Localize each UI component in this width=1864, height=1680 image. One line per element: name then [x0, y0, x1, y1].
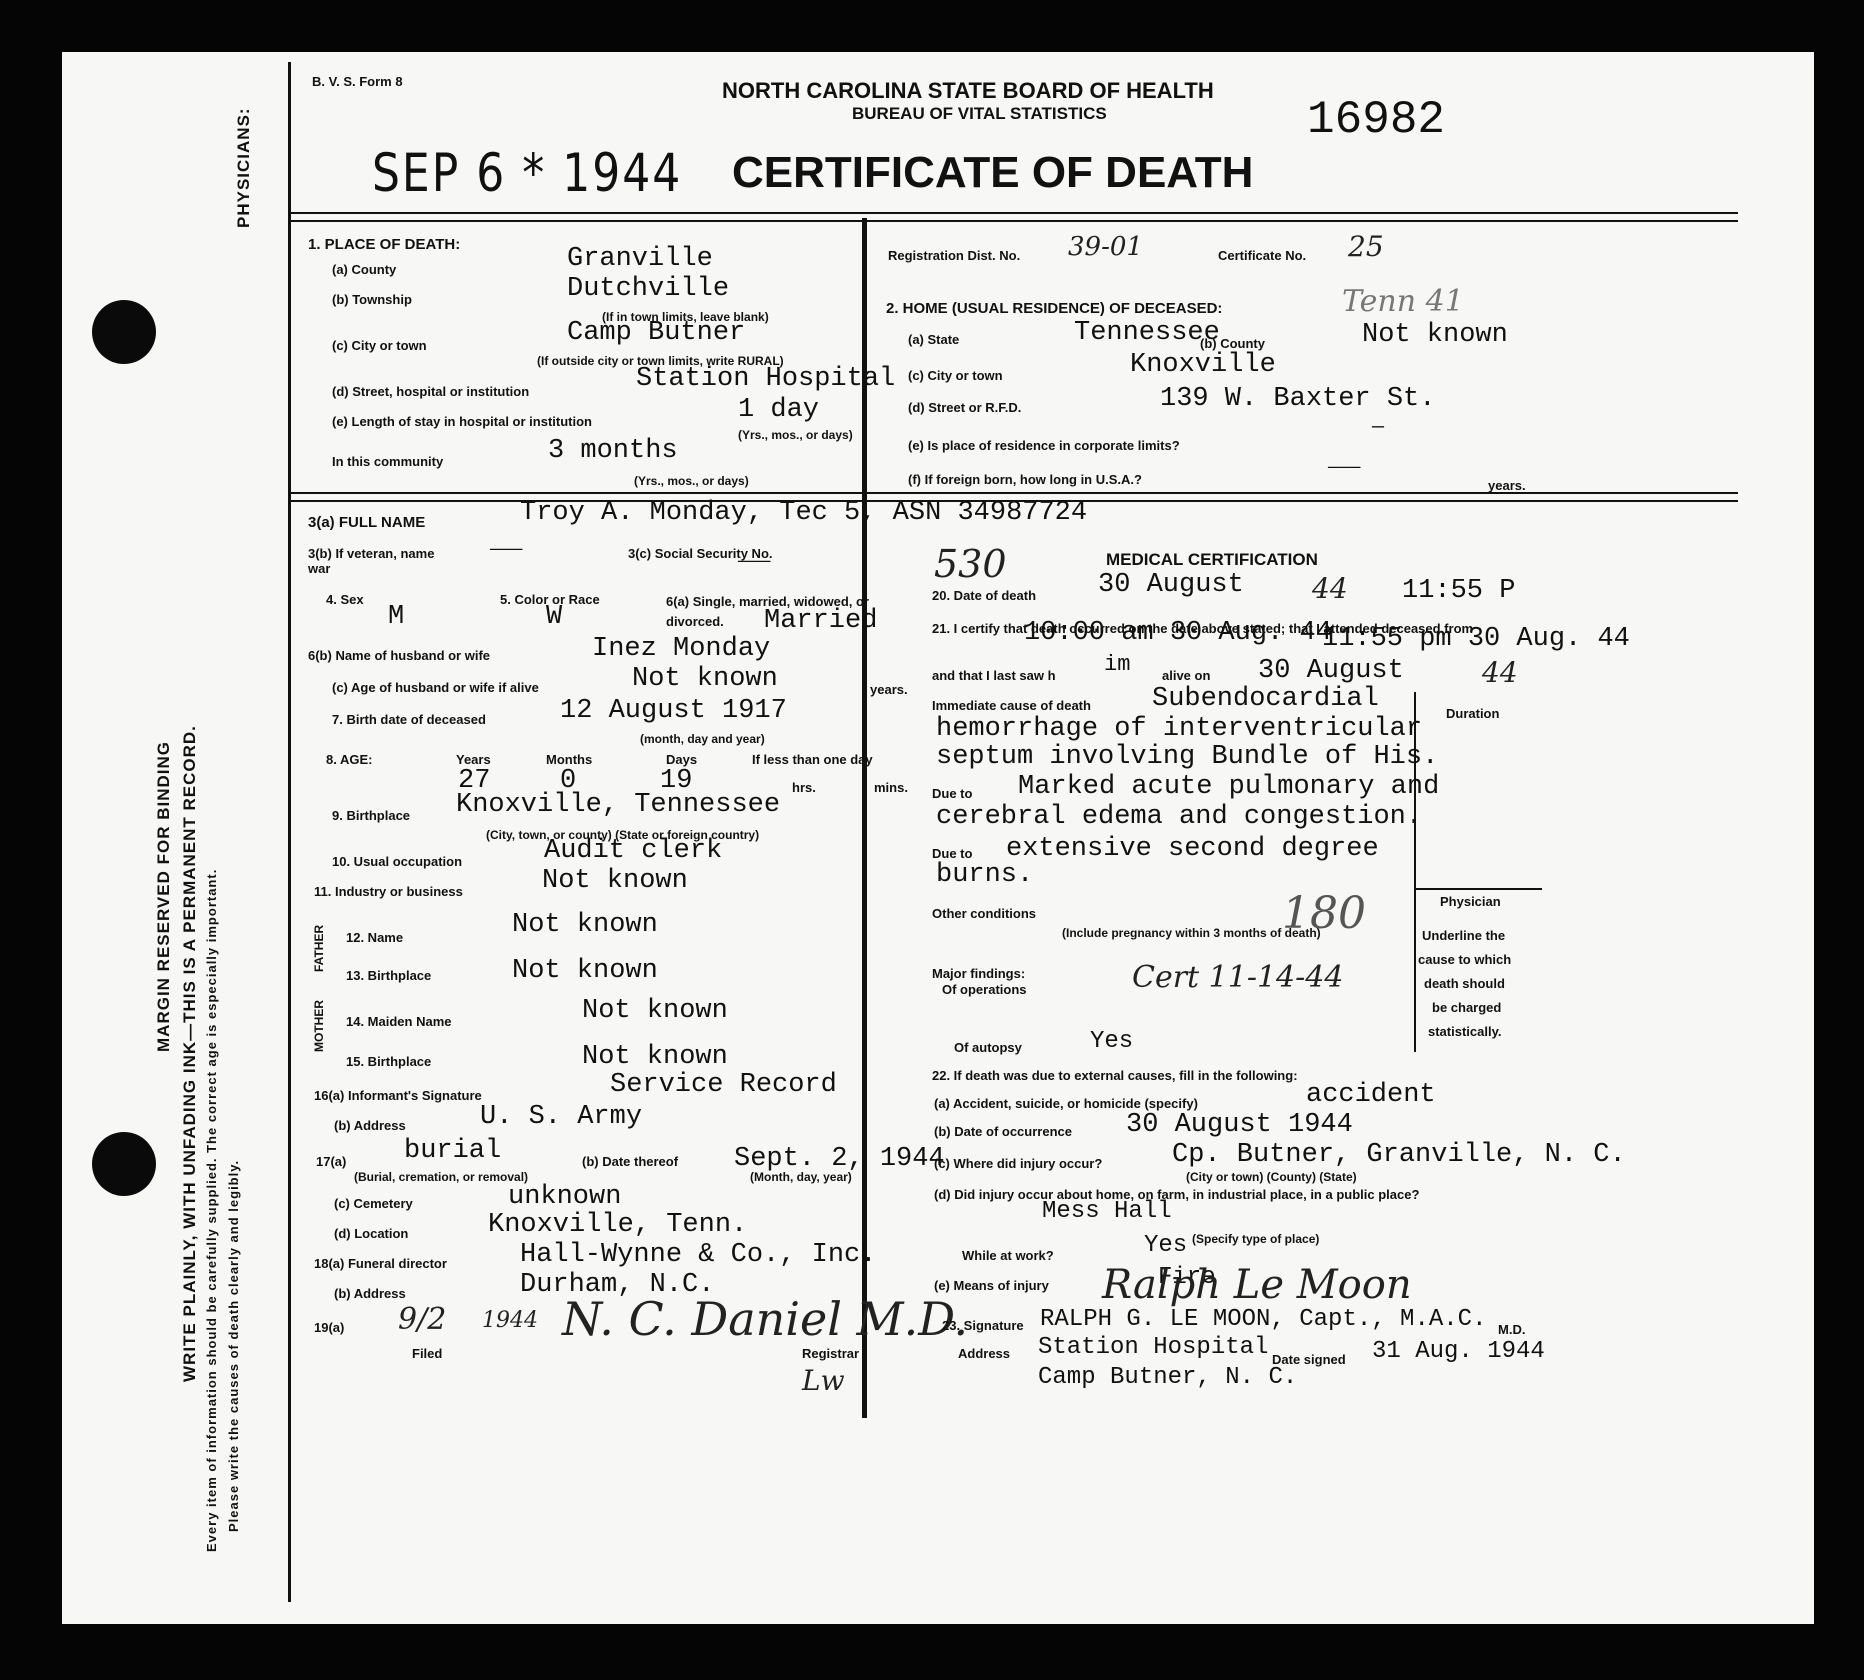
home-heading: 2. HOME (USUAL RESIDENCE) OF DECEASED: — [886, 300, 1222, 317]
where-note: (City or town) (County) (State) — [1186, 1170, 1357, 1184]
home-corp-label: (e) Is place of residence in corporate l… — [908, 438, 1180, 453]
county-label: (a) County — [332, 262, 396, 277]
disposal-label: 17(a) — [316, 1154, 346, 1169]
home-city-value: Knoxville — [1130, 350, 1276, 380]
industry-value: Not known — [542, 866, 688, 896]
immediate-cause-label: Immediate cause of death — [932, 698, 1091, 713]
board-name: NORTH CAROLINA STATE BOARD OF HEALTH — [722, 78, 1214, 104]
stay-note: (Yrs., mos., or days) — [738, 428, 853, 442]
full-name-value: Troy A. Monday, Tec 5, ASN 34987724 — [520, 498, 1087, 528]
father-tag: FATHER — [312, 925, 326, 972]
city-value: Camp Butner — [567, 318, 745, 348]
physician-box-line-4: be charged — [1432, 1000, 1501, 1015]
physician-box-line-5: statistically. — [1428, 1024, 1501, 1039]
home-street-value: 139 W. Baxter St. — [1160, 384, 1435, 414]
home-corp-value: — — [1372, 416, 1384, 439]
spouse-label: 6(b) Name of husband or wife — [308, 648, 490, 663]
dod-year: 44 — [1312, 572, 1348, 605]
street-label: (d) Street, hospital or institution — [332, 384, 529, 399]
home-county-label: (b) County — [1200, 336, 1265, 351]
autopsy-label: Of autopsy — [954, 1040, 1022, 1055]
place-value: Mess Hall — [1042, 1198, 1172, 1225]
spouse-age-value: Not known — [632, 664, 778, 694]
date-signed-value: 31 Aug. 1944 — [1372, 1338, 1545, 1365]
occurrence-value: 30 August 1944 — [1126, 1110, 1353, 1140]
age-months-label: Months — [546, 752, 592, 767]
disposal-date-note: (Month, day, year) — [750, 1170, 852, 1184]
physician-box-line-2: cause to which — [1418, 952, 1511, 967]
race-value: W — [546, 602, 562, 632]
binding-hole-top — [92, 300, 156, 364]
social-security-label: 3(c) Social Security No. — [628, 546, 808, 561]
margin-physicians: PHYSICIANS: — [234, 107, 254, 228]
marital-value: Married — [764, 606, 877, 636]
registrar-label: Registrar — [802, 1346, 859, 1361]
location-label: (d) Location — [334, 1226, 408, 1241]
due-to-1-label: Due to — [932, 786, 972, 801]
father-birth-value: Not known — [512, 956, 658, 986]
home-city-label: (c) City or town — [908, 368, 1003, 383]
birthplace-value: Knoxville, Tennessee — [456, 790, 780, 820]
age-days-label: Days — [666, 752, 697, 767]
stay-value: 1 day — [738, 395, 819, 425]
community-label: In this community — [332, 454, 443, 469]
informant-label: 16(a) Informant's Signature — [314, 1088, 482, 1103]
mother-name-label: 14. Maiden Name — [346, 1014, 452, 1029]
age-label: 8. AGE: — [326, 752, 372, 767]
birth-note: (month, day and year) — [640, 732, 765, 746]
social-security-value: ——— — [738, 552, 770, 572]
stay-label: (e) Length of stay in hospital or instit… — [332, 414, 592, 429]
margin-instruction-1: WRITE PLAINLY, WITH UNFADING INK—THIS IS… — [180, 725, 200, 1382]
due-to-2-label: Due to — [932, 846, 972, 861]
handwritten-state-code: Tenn 41 — [1342, 284, 1464, 319]
handwritten-code-180: 180 — [1282, 888, 1366, 939]
sex-label: 4. Sex — [326, 592, 364, 607]
duration-label: Duration — [1446, 706, 1499, 721]
spouse-age-unit: years. — [870, 682, 908, 697]
accident-value: accident — [1306, 1080, 1436, 1110]
home-years-label: years. — [1488, 478, 1526, 493]
home-farm-label: (d) Did injury occur about home, on farm… — [934, 1184, 1534, 1206]
signature-label: 23. Signature — [942, 1318, 1024, 1333]
home-state-value: Tennessee — [1074, 318, 1220, 348]
immediate-cause-line-2: hemorrhage of interventricular — [936, 714, 1422, 744]
street-value: Station Hospital — [636, 364, 895, 394]
registrar-initials: Lw — [802, 1364, 845, 1397]
less-day-label: If less than one day — [752, 752, 873, 767]
form-left-border — [288, 62, 291, 1602]
address-label: Address — [958, 1346, 1010, 1361]
dod-value: 30 August — [1098, 570, 1244, 600]
registrar-signature: N. C. Daniel M.D. — [562, 1292, 968, 1346]
external-causes-label: 22. If death was due to external causes,… — [932, 1068, 1298, 1083]
last-saw-label: and that I last saw h — [932, 668, 1056, 683]
mother-birth-value: Not known — [582, 1042, 728, 1072]
medical-heading: MEDICAL CERTIFICATION — [1106, 550, 1318, 570]
header-rule — [288, 212, 1738, 222]
attended-from: 10:00 am 30 Aug. 44 — [1024, 618, 1332, 648]
physician-box-line-1: Underline the — [1422, 928, 1505, 943]
birth-value: 12 August 1917 — [560, 696, 787, 726]
father-birth-label: 13. Birthplace — [346, 968, 431, 983]
home-foreign-value: ——— — [1328, 458, 1360, 478]
due-to-1-line-2: cerebral edema and congestion. — [936, 802, 1422, 832]
home-county-value: Not known — [1362, 320, 1508, 350]
occurrence-label: (b) Date of occurrence — [934, 1124, 1072, 1139]
margin-instruction-3: Please write the causes of death clearly… — [226, 1160, 241, 1532]
informant-address-label: (b) Address — [334, 1118, 406, 1133]
certificate-title: CERTIFICATE OF DEATH — [732, 148, 1253, 198]
cert-annotation: Cert 11-14-44 — [1132, 960, 1343, 995]
due-to-1-line-1: Marked acute pulmonary and — [1018, 772, 1439, 802]
where-value: Cp. Butner, Granville, N. C. — [1172, 1140, 1626, 1170]
signature-suffix: M.D. — [1498, 1322, 1525, 1337]
veteran-value: ——— — [490, 540, 522, 560]
at-work-note: (Specify type of place) — [1192, 1232, 1319, 1246]
spouse-age-label: (c) Age of husband or wife if alive — [332, 680, 539, 695]
city-label: (c) City or town — [332, 338, 427, 353]
funeral-director-label: 18(a) Funeral director — [314, 1256, 447, 1271]
cert-no-label: Certificate No. — [1218, 248, 1306, 263]
at-work-label: While at work? — [962, 1248, 1054, 1263]
occupation-label: 10. Usual occupation — [332, 854, 462, 869]
physician-box-line-3: death should — [1424, 976, 1505, 991]
binding-hole-bottom — [92, 1132, 156, 1196]
cert-no-value: 25 — [1348, 230, 1384, 263]
home-street-label: (d) Street or R.F.D. — [908, 400, 1021, 415]
at-work-value: Yes — [1144, 1232, 1187, 1259]
due-to-2-line-2: burns. — [936, 860, 1033, 890]
address-line-2: Camp Butner, N. C. — [1038, 1364, 1297, 1391]
father-name-value: Not known — [512, 910, 658, 940]
physician-box-title: Physician — [1440, 894, 1501, 909]
informant-address-value: U. S. Army — [480, 1102, 642, 1132]
community-note: (Yrs., mos., or days) — [634, 474, 749, 488]
birth-label: 7. Birth date of deceased — [332, 712, 486, 727]
operations-label: Of operations — [942, 982, 1027, 997]
sex-value: M — [388, 602, 404, 632]
immediate-cause-line-1: Subendocardial — [1152, 684, 1379, 714]
signature-typed: RALPH G. LE MOON, Capt., M.A.C. — [1040, 1306, 1486, 1333]
immediate-cause-line-3: septum involving Bundle of His. — [936, 742, 1438, 772]
township-label: (b) Township — [332, 292, 412, 307]
home-state-label: (a) State — [908, 332, 959, 347]
industry-label: 11. Industry or business — [314, 884, 463, 899]
form-number: B. V. S. Form 8 — [312, 74, 403, 89]
disposal-date-label: (b) Date thereof — [582, 1154, 678, 1169]
other-conditions-label: Other conditions — [932, 906, 1036, 921]
last-saw-year: 44 — [1482, 656, 1518, 689]
due-to-2-line-1: extensive second degree — [1006, 834, 1379, 864]
veteran-label: 3(b) If veteran, name war — [308, 546, 458, 576]
mins-label: mins. — [874, 780, 908, 795]
cemetery-label: (c) Cemetery — [334, 1196, 413, 1211]
location-value: Knoxville, Tenn. — [488, 1210, 747, 1240]
age-years-label: Years — [456, 752, 491, 767]
funeral-director-value: Hall-Wynne & Co., Inc. — [520, 1240, 876, 1270]
cause-code: 530 — [934, 542, 1007, 586]
informant-value: Service Record — [610, 1070, 837, 1100]
filed-note: Filed — [412, 1346, 442, 1361]
margin-instruction-2: Every item of information should be care… — [204, 869, 219, 1552]
full-name-label: 3(a) FULL NAME — [308, 514, 425, 531]
margin-binding-note: MARGIN RESERVED FOR BINDING — [154, 741, 174, 1052]
dod-label: 20. Date of death — [932, 588, 1036, 603]
father-name-label: 12. Name — [346, 930, 403, 945]
certificate-serial: 16982 — [1307, 94, 1445, 146]
filed-label: 19(a) — [314, 1320, 344, 1335]
attended-to: 11:55 pm 30 Aug. 44 — [1322, 624, 1630, 654]
disposal-value: burial — [404, 1136, 501, 1166]
certificate-paper: MARGIN RESERVED FOR BINDING WRITE PLAINL… — [62, 52, 1814, 1624]
bureau-name: BUREAU OF VITAL STATISTICS — [852, 104, 1107, 124]
address-line-1: Station Hospital — [1038, 1334, 1268, 1361]
physician-box-rule — [1414, 888, 1542, 890]
mother-name-value: Not known — [582, 996, 728, 1026]
birthplace-label: 9. Birthplace — [332, 808, 410, 823]
filed-date: 9/2 — [398, 1302, 446, 1337]
disposal-note: (Burial, cremation, or removal) — [354, 1170, 528, 1184]
home-foreign-label: (f) If foreign born, how long in U.S.A.? — [908, 472, 1142, 487]
dod-time: 11:55 P — [1402, 576, 1515, 606]
community-value: 3 months — [548, 436, 678, 466]
cemetery-value: unknown — [508, 1182, 621, 1212]
where-label: (c) Where did injury occur? — [934, 1156, 1102, 1171]
mother-birth-label: 15. Birthplace — [346, 1054, 431, 1069]
means-label: (e) Means of injury — [934, 1278, 1049, 1293]
mother-tag: MOTHER — [312, 1000, 326, 1052]
autopsy-value: Yes — [1090, 1028, 1133, 1055]
spouse-value: Inez Monday — [592, 634, 770, 664]
filed-year: 1944 — [482, 1308, 538, 1333]
township-value: Dutchville — [567, 274, 729, 304]
reg-dist-value: 39-01 — [1068, 232, 1143, 262]
accident-label: (a) Accident, suicide, or homicide (spec… — [934, 1096, 1198, 1111]
physician-handwritten-signature: Ralph Le Moon — [1102, 1262, 1412, 1308]
last-saw-pronoun: im — [1104, 652, 1130, 677]
occupation-value: Audit clerk — [544, 836, 722, 866]
hrs-label: hrs. — [792, 780, 816, 795]
reg-dist-label: Registration Dist. No. — [888, 248, 1020, 263]
filed-stamp: SEP 6 * 1944 — [372, 143, 682, 204]
place-of-death-heading: 1. PLACE OF DEATH: — [308, 236, 460, 253]
major-findings-label: Major findings: — [932, 966, 1025, 981]
funeral-address-label: (b) Address — [334, 1286, 406, 1301]
center-divider — [862, 218, 867, 1418]
last-saw-date: 30 August — [1258, 656, 1404, 686]
county-value: Granville — [567, 244, 713, 274]
alive-on-label: alive on — [1162, 668, 1210, 683]
